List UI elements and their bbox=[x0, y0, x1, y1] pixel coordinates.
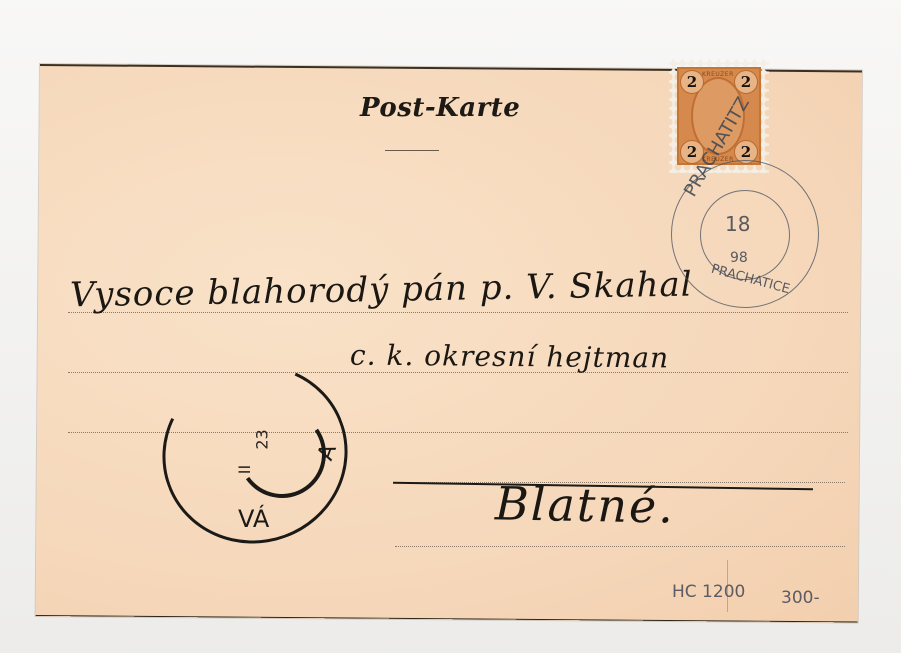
arrival-postmark-month: II bbox=[235, 465, 254, 474]
title-rule bbox=[385, 150, 439, 151]
arrival-postmark-bottom: VÁ bbox=[238, 505, 269, 533]
pencil-note-price: 300- bbox=[781, 588, 820, 608]
departure-postmark-day: 18 bbox=[725, 212, 750, 236]
departure-postmark-year: 98 bbox=[730, 250, 748, 266]
stamp-denomination-tl: 2 bbox=[680, 70, 704, 94]
stamp-denomination-tr: 2 bbox=[734, 70, 758, 94]
address-line-5 bbox=[395, 546, 845, 547]
arrival-postmark-day: 23 bbox=[253, 429, 272, 449]
handwritten-line-3: Blatné. bbox=[495, 476, 676, 533]
postcard-title: Post-Karte bbox=[360, 93, 520, 123]
handwritten-line-2: c. k. okresní hejtman bbox=[350, 339, 669, 375]
stamp-currency-top: KREUZER bbox=[702, 71, 734, 78]
pencil-note-catalog: HC 1200 bbox=[672, 582, 745, 602]
